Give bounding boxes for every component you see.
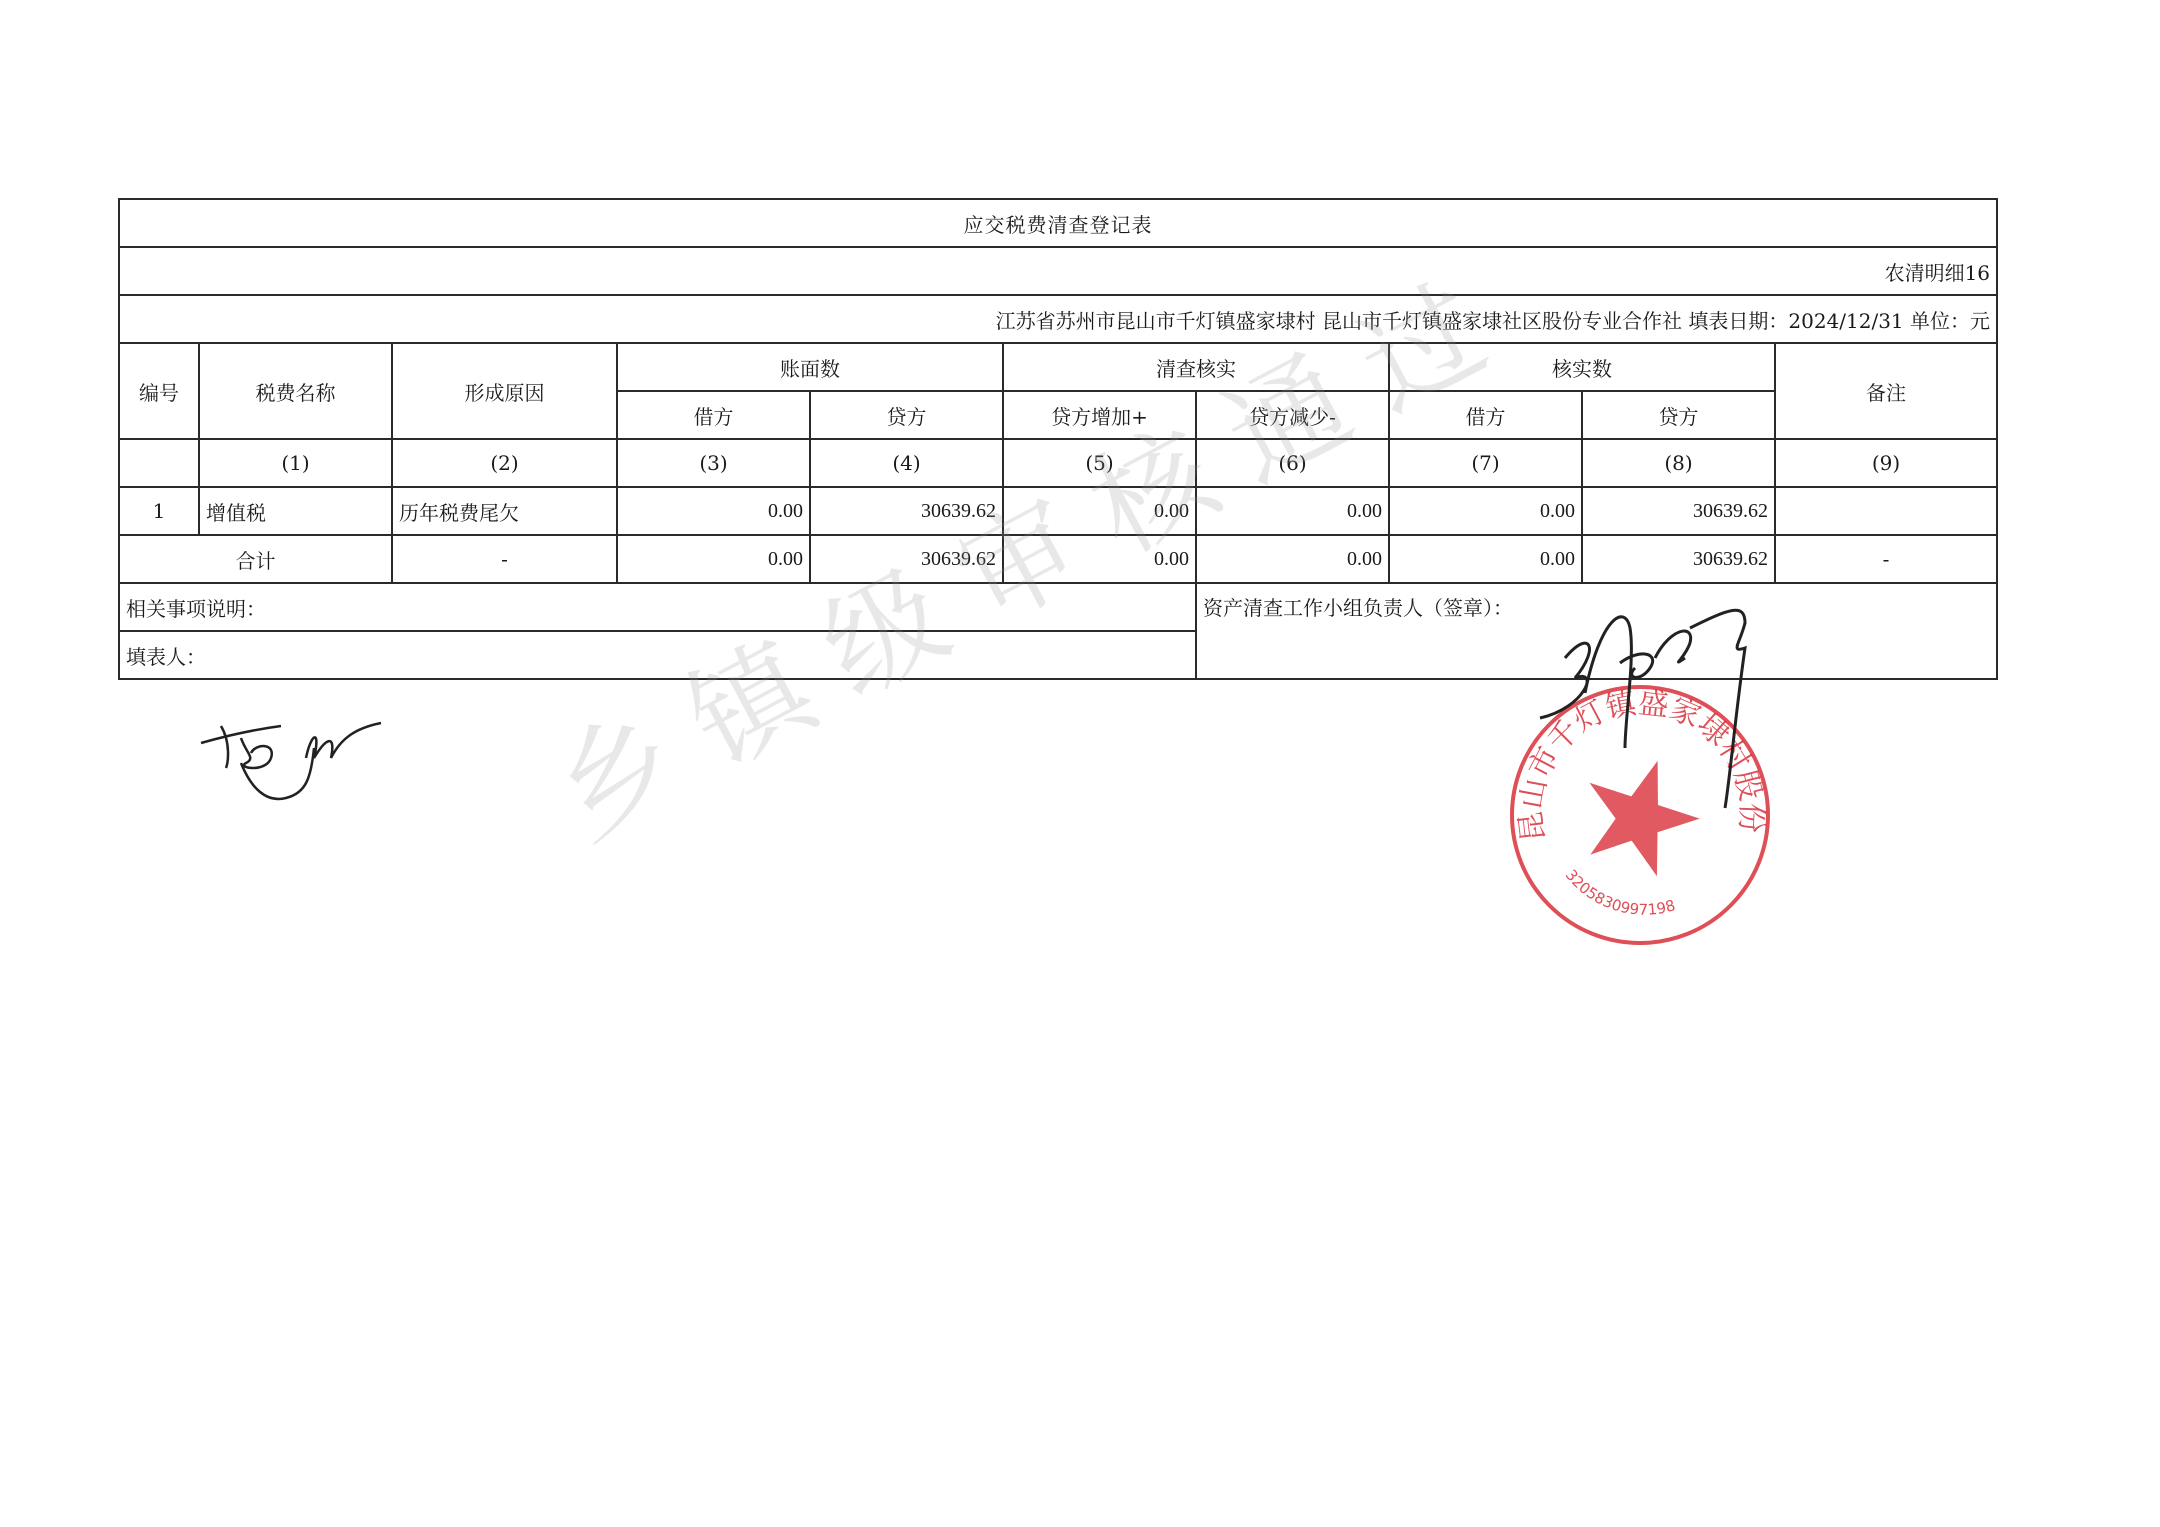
row-book-credit: 30639.62 (810, 487, 1003, 535)
official-seal-icon: 昆山市千灯镇盛家埭村股份经济合作社 3205830997198 (1505, 680, 1775, 950)
row-credit-increase: 0.00 (1003, 487, 1196, 535)
col-reason: 形成原因 (392, 343, 617, 439)
col-remarks: 备注 (1775, 343, 1997, 439)
col-book-debit: 借方 (617, 391, 810, 439)
row-reason: 历年税费尾欠 (392, 487, 617, 535)
row-remarks (1775, 487, 1997, 535)
row-actual-debit: 0.00 (1389, 487, 1582, 535)
tax-audit-table: 应交税费清查登记表 农清明细16 江苏省苏州市昆山市千灯镇盛家埭村 昆山市千灯镇… (118, 198, 1998, 680)
seal-code: 3205830997198 (1562, 866, 1677, 919)
col-name: 税费名称 (199, 343, 392, 439)
index-cell (119, 439, 199, 487)
svg-text:3205830997198: 3205830997198 (1562, 866, 1677, 919)
row-book-debit: 0.00 (617, 487, 810, 535)
leader-sign-label: 资产清查工作小组负责人（签章）： (1196, 583, 1997, 679)
total-credit-increase: 0.00 (1003, 535, 1196, 583)
notes-label: 相关事项说明： (119, 583, 1196, 631)
row-name: 增值税 (199, 487, 392, 535)
row-actual-credit: 30639.62 (1582, 487, 1775, 535)
total-actual-credit: 30639.62 (1582, 535, 1775, 583)
row-no: 1 (119, 487, 199, 535)
index-cell: (3) (617, 439, 810, 487)
index-cell: (5) (1003, 439, 1196, 487)
total-book-debit: 0.00 (617, 535, 810, 583)
col-group-book: 账面数 (617, 343, 1003, 391)
table-row: 1 增值税 历年税费尾欠 0.00 30639.62 0.00 0.00 0.0… (119, 487, 1997, 535)
index-cell: (6) (1196, 439, 1389, 487)
total-book-credit: 30639.62 (810, 535, 1003, 583)
col-no: 编号 (119, 343, 199, 439)
index-cell: (4) (810, 439, 1003, 487)
total-actual-debit: 0.00 (1389, 535, 1582, 583)
index-cell: (9) (1775, 439, 1997, 487)
svg-text:昆山市千灯镇盛家埭村股份经济合作社: 昆山市千灯镇盛家埭村股份经济合作社 (1505, 680, 1769, 844)
row-credit-decrease: 0.00 (1196, 487, 1389, 535)
form-sheet: 应交税费清查登记表 农清明细16 江苏省苏州市昆山市千灯镇盛家埭村 昆山市千灯镇… (118, 198, 1996, 680)
column-index-row: (1) (2) (3) (4) (5) (6) (7) (8) (9) (119, 439, 1997, 487)
total-credit-decrease: 0.00 (1196, 535, 1389, 583)
col-actual-debit: 借方 (1389, 391, 1582, 439)
form-title: 应交税费清查登记表 (119, 199, 1997, 247)
col-group-actual: 核实数 (1389, 343, 1775, 391)
form-code: 农清明细16 (119, 247, 1997, 295)
total-row: 合计 - 0.00 30639.62 0.00 0.00 0.00 30639.… (119, 535, 1997, 583)
col-credit-increase: 贷方增加+ (1003, 391, 1196, 439)
index-cell: (7) (1389, 439, 1582, 487)
total-reason: - (392, 535, 617, 583)
seal-text: 昆山市千灯镇盛家埭村股份经济合作社 (1505, 680, 1769, 844)
preparer-signature-icon (196, 718, 396, 806)
total-label: 合计 (119, 535, 392, 583)
col-actual-credit: 贷方 (1582, 391, 1775, 439)
index-cell: (1) (199, 439, 392, 487)
col-group-verify: 清查核实 (1003, 343, 1389, 391)
index-cell: (8) (1582, 439, 1775, 487)
index-cell: (2) (392, 439, 617, 487)
preparer-label: 填表人： (119, 631, 1196, 679)
form-header-line: 江苏省苏州市昆山市千灯镇盛家埭村 昆山市千灯镇盛家埭社区股份专业合作社 填表日期… (119, 295, 1997, 343)
total-remarks: - (1775, 535, 1997, 583)
col-credit-decrease: 贷方减少- (1196, 391, 1389, 439)
col-book-credit: 贷方 (810, 391, 1003, 439)
